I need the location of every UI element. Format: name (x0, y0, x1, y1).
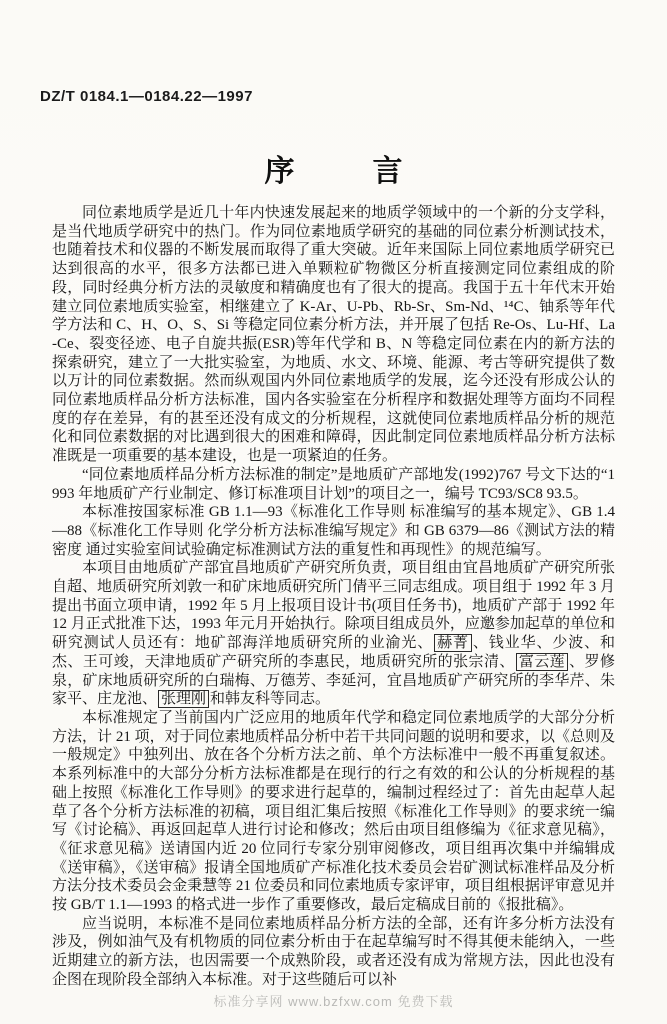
document-page: DZ/T 0184.1—0184.22—1997 序言 同位素地质学是近几十年内… (0, 0, 667, 1024)
paragraph: 本标准按国家标准 GB 1.1—93《标准化工作导则 标准编写的基本规定》、GB… (52, 503, 615, 559)
paragraph: 本项目由地质矿产部宜昌地质矿产研究所负责，项目组由宜昌地质矿产研究所张自超、地质… (52, 559, 615, 709)
watermark: 标准分享网 www.bzfxw.com 免费下载 (0, 991, 667, 1010)
paragraph: “同位素地质样品分析方法标准的制定”是地质矿产部地发(1992)767 号文下达… (52, 466, 615, 503)
annotated-name: 张理刚 (158, 690, 209, 708)
paragraph-segment: 和韩友科等同志。 (210, 691, 330, 707)
page-title-text: 序言 (265, 155, 481, 188)
page-title: 序言 (0, 146, 667, 190)
paragraph: 同位素地质学是近几十年内快速发展起来的地质学领域中的一个新的分支学科，是当代地质… (52, 204, 615, 466)
annotated-name: 富云莲 (516, 653, 568, 671)
annotated-name: 赫菁 (434, 634, 472, 652)
preface-body: 同位素地质学是近几十年内快速发展起来的地质学领域中的一个新的分支学科，是当代地质… (52, 204, 615, 990)
paragraph: 本标准规定了当前国内广泛应用的地质年代学和稳定同位素地质学的大部分分析方法，计 … (52, 709, 615, 915)
paragraph: 应当说明，本标准不是同位素地质样品分析方法的全部，还有许多分析方法没有涉及，例如… (52, 915, 615, 990)
standard-number: DZ/T 0184.1—0184.22—1997 (40, 88, 253, 105)
